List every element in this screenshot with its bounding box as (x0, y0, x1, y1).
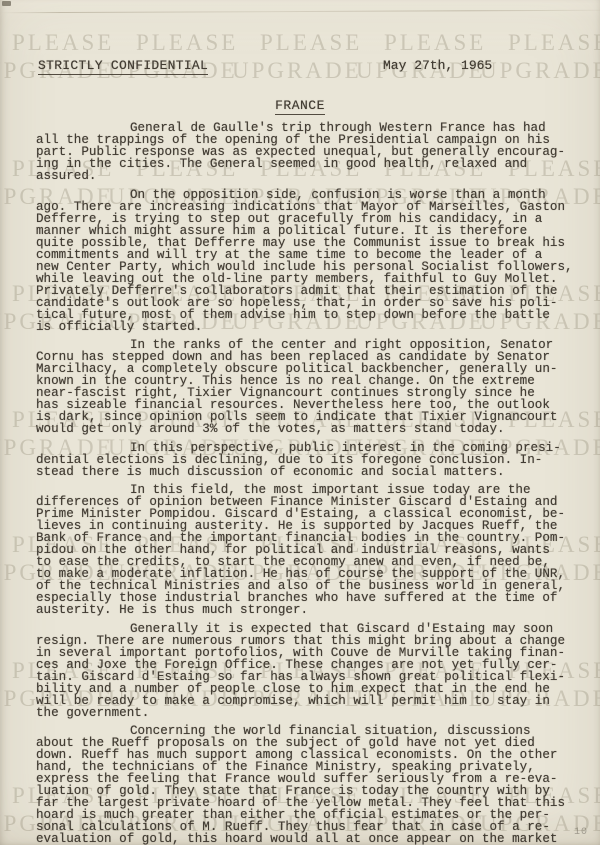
paper-speck (2, 1, 11, 6)
date-label: May 27th, 1965 (383, 58, 492, 73)
paper-crease (0, 10, 600, 14)
document-body: General de Gaulle's trip through Western… (36, 122, 576, 845)
paragraph-3: In the ranks of the center and right opp… (36, 339, 576, 435)
paragraph-4: In this perspective, public interest in … (36, 442, 576, 478)
paragraph-1: General de Gaulle's trip through Western… (36, 122, 576, 182)
page-title: FRANCE (275, 98, 325, 115)
title-row: FRANCE (0, 96, 600, 114)
document-content: STRICTLY CONFIDENTIAL May 27th, 1965 FRA… (0, 0, 600, 845)
paragraph-7: Concerning the world financial situation… (36, 725, 576, 845)
paragraph-2: On the opposition side, confusion is wor… (36, 189, 576, 333)
classification-label: STRICTLY CONFIDENTIAL (38, 58, 208, 75)
document-page: PLEASEUPGRADEPLEASEUPGRADEPLEASEUPGRADEP… (0, 0, 600, 845)
page-number: 10 (574, 827, 588, 838)
paragraph-6: Generally it is expected that Giscard d'… (36, 623, 576, 719)
paragraph-5: In this field, the most important issue … (36, 484, 576, 616)
